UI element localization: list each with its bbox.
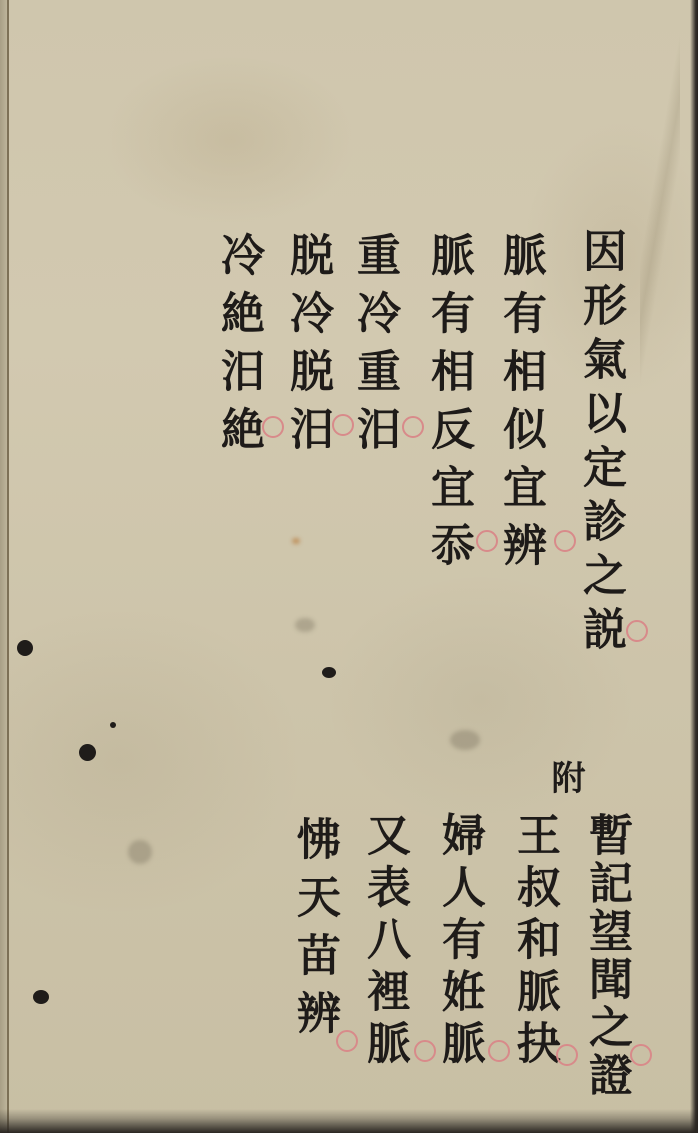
red-circle-mark [626,620,648,642]
appendix-entry-4: 又表八裡脈 [362,812,406,1072]
ink-blot [33,990,49,1004]
red-circle-mark [336,1030,358,1052]
paper-fold [640,0,680,420]
left-margin [0,0,7,1133]
stain [128,840,152,864]
red-circle-mark [556,1044,578,1066]
stain [450,730,480,750]
appendix-entry-1: 暫記望聞之證 [584,812,628,1100]
page-bottom-edge [0,1109,698,1133]
ink-blot [79,744,96,761]
red-circle-mark [332,414,354,436]
appendix-entry-2: 王叔和脈抉 [512,812,556,1072]
red-circle-mark [262,416,284,438]
contents-entry-4: 重冷重汨 [352,232,396,464]
contents-entry-1: 因形氣以定診之説 [578,228,622,660]
appendix-entry-3: 婦人有姙脈 [437,812,481,1072]
manuscript-page: 因形氣以定診之説 脈有相似宜辨 脈有相反宜忝 重冷重汨 脱冷脱汨 冷絶汨絶 附 … [0,0,698,1133]
contents-entry-2: 脈有相似宜辨 [498,232,542,580]
appendix-heading: 附 [548,760,582,808]
contents-entry-5: 脱冷脱汨 [285,232,329,464]
page-right-edge [690,0,698,1133]
stain [292,538,300,544]
ink-blot [110,722,116,728]
ink-blot [17,640,33,656]
red-circle-mark [488,1040,510,1062]
red-circle-mark [414,1040,436,1062]
contents-entry-3: 脈有相反宜忝 [426,232,470,580]
ink-blot [322,667,336,678]
contents-entry-6: 冷絶汨絶 [216,232,260,464]
appendix-entry-5: 怫天苗辨 [292,816,336,1048]
stain [295,618,315,632]
red-circle-mark [402,416,424,438]
binding-line [7,0,9,1133]
red-circle-mark [554,530,576,552]
red-circle-mark [630,1044,652,1066]
red-circle-mark [476,530,498,552]
